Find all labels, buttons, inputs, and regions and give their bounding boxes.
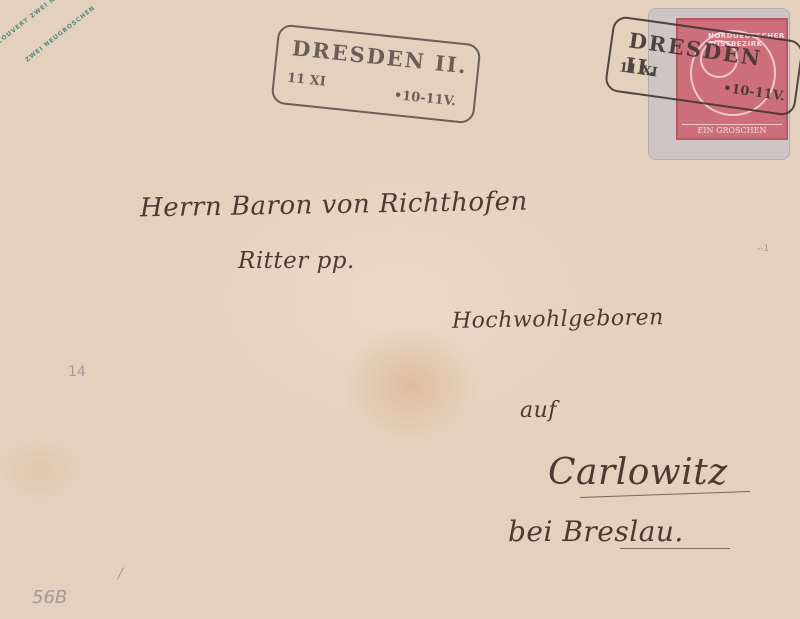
pencil-mark: / <box>118 566 123 582</box>
imprint-text-line-2: COUVERT ZWEI NEUGROSCHEN FRANCO <box>0 0 131 46</box>
address-line-4: auf <box>520 398 557 423</box>
address-line-5: Carlowitz <box>548 452 728 493</box>
address-line-3: Hochwohlgeboren <box>452 305 664 334</box>
postmark-date: 11 XI <box>286 71 326 90</box>
underline-breslau <box>620 548 730 549</box>
address-line-1: Herrn Baron von Richthofen <box>140 187 528 224</box>
postmark-dresden-left: DRESDEN II. 11 XI •10-11V. <box>270 24 481 125</box>
address-line-2: Ritter pp. <box>238 248 355 274</box>
address-line-6: bei Breslau. <box>508 515 684 548</box>
envelope: ZWEI NEUGROSCHEN COUVERT ZWEI NEUGROSCHE… <box>0 0 800 619</box>
postmark-time: •10-11V. <box>393 88 456 109</box>
pencil-note-56b: 56B <box>32 587 67 608</box>
stamp-denomination: EIN GROSCHEN <box>682 124 782 135</box>
pencil-mark-right: --1 <box>757 244 769 254</box>
postmark-city: DRESDEN II. <box>291 35 469 78</box>
pencil-note-14: 14 <box>68 364 86 380</box>
